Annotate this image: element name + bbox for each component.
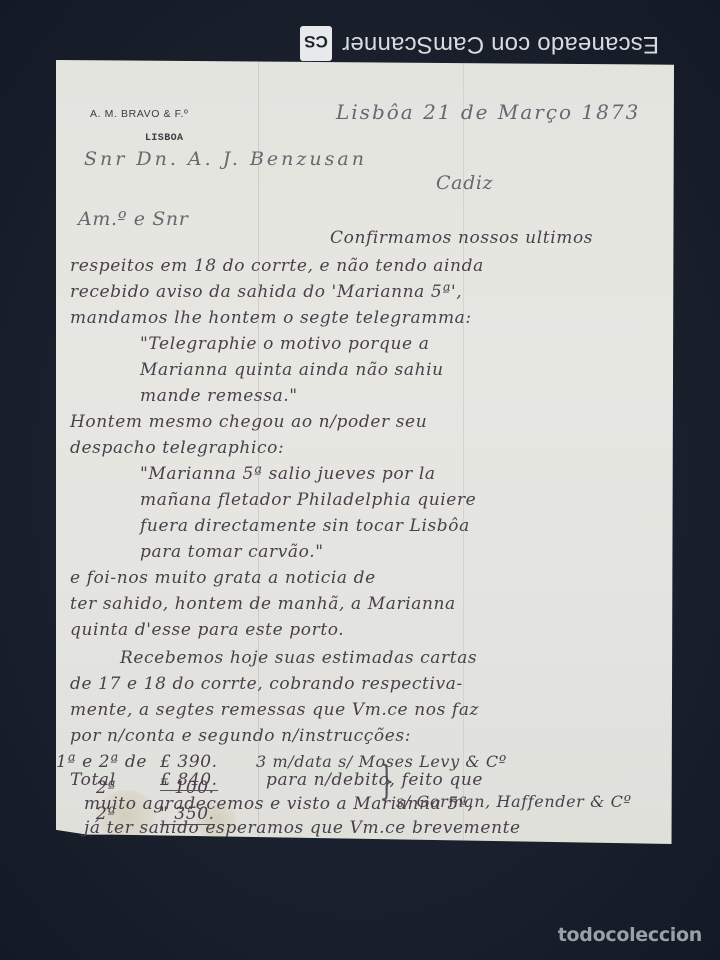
body-line: recebido aviso da sahida do 'Marianna 5ª… xyxy=(70,282,462,302)
remittance-label: 1ª e 2ª de xyxy=(56,752,147,772)
remittance-note: s/ Gorman, Haffender & Cº xyxy=(396,792,632,811)
remittance-amount: " 100. xyxy=(160,778,215,798)
letterhead-city: LISBOA xyxy=(145,133,183,144)
brace-mark: } xyxy=(379,758,394,804)
todocoleccion-watermark: todocoleccion xyxy=(558,924,702,946)
camscanner-text: Escaneado con CamScanner xyxy=(342,30,659,58)
remittance-amount: " 350. xyxy=(160,804,215,825)
body-line: de 17 e 18 do corrte, cobrando respectiv… xyxy=(70,674,463,694)
body-line: mandamos lhe hontem o segte telegramma: xyxy=(70,308,472,328)
body-line: "Telegraphie o motivo porque a xyxy=(140,334,429,354)
salutation: Am.º e Snr xyxy=(78,208,188,230)
body-line: Confirmamos nossos ultimos xyxy=(330,228,593,248)
body-line: Hontem mesmo chegou ao n/poder seu xyxy=(70,412,427,432)
body-line: "Marianna 5ª salio jueves por la xyxy=(140,464,436,484)
camscanner-logo-icon: CS xyxy=(300,27,332,62)
remittance-label: 2ª xyxy=(96,804,116,824)
body-line: Recebemos hoje suas estimadas cartas xyxy=(120,648,477,668)
body-line: e foi-nos muito grata a noticia de xyxy=(70,568,376,588)
body-line: Marianna quinta ainda não sahiu xyxy=(140,360,444,380)
body-line: quinta d'esse para este porto. xyxy=(70,620,344,640)
body-line: despacho telegraphico: xyxy=(70,438,284,458)
letterhead-company: A. M. BRAVO & F.º xyxy=(90,108,188,120)
place-date: Lisbôa 21 de Março 1873 xyxy=(336,100,640,124)
addressee: Snr Dn. A. J. Benzusan xyxy=(84,148,367,170)
remittance-label: 2ª xyxy=(96,778,116,798)
body-line: respeitos em 18 do corrte, e não tendo a… xyxy=(70,256,484,276)
body-line: fuera directamente sin tocar Lisbôa xyxy=(140,516,470,536)
body-line: ter sahido, hontem de manhã, a Marianna xyxy=(70,594,456,614)
body-line: mente, a segtes remessas que Vm.ce nos f… xyxy=(70,700,479,720)
addressee-city: Cadiz xyxy=(436,172,493,194)
camscanner-banner: CS Escaneado con CamScanner xyxy=(300,24,700,64)
body-line: mande remessa." xyxy=(140,386,298,406)
letter-paper: A. M. BRAVO & F.º LISBOA Lisbôa 21 de Ma… xyxy=(56,60,674,844)
body-line: mañana fletador Philadelphia quiere xyxy=(140,490,476,510)
body-line: por n/conta e segundo n/instrucções: xyxy=(70,726,411,746)
body-line: para tomar carvão." xyxy=(140,542,324,562)
remittance-amount: £ 390. xyxy=(160,752,218,772)
